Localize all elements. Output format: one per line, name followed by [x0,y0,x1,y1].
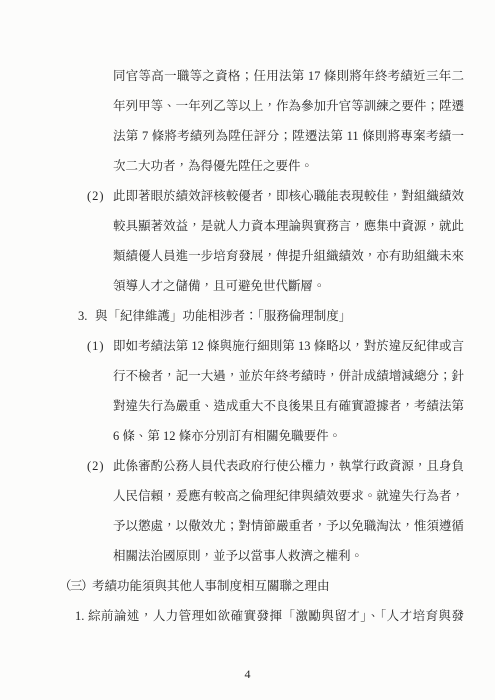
list-marker: （三） [59,571,92,601]
list-item: (2)此即著眼於績效評核較優者，即核心職能表現較佳，對組織績效較具顯著效益，是就… [87,181,495,301]
paragraph-text: 此即著眼於績效評核較優者，即核心職能表現較佳，對組織績效較具顯著效益，是就人力資… [113,181,464,301]
paragraph-text: 即如考績法第 12 條與施行細則第 13 條略以，對於違反紀律或言行不檢者，記一… [113,331,464,451]
list-marker: 1. [75,601,88,631]
paragraph-text: 與「紀律維護」功能相涉者：「服務倫理制度」 [95,301,463,331]
paragraph-text: 綜前論述，人力管理如欲確實發揮「激勵與留才」、「人才培育與發 [88,601,464,631]
list-marker: (2) [87,181,113,211]
list-item: （三）考績功能須與其他人事制度相互關聯之理由 [59,571,495,601]
list-marker: 3. [78,301,95,331]
document-content: 同官等高一職等之資格；任用法第 17 條則將年終考績近三年二年列甲等、一年列乙等… [0,61,495,631]
document-page: 同官等高一職等之資格；任用法第 17 條則將年終考績近三年二年列甲等、一年列乙等… [0,0,495,700]
paragraph-text: 此係審酌公務人員代表政府行使公權力，執掌行政資源，且身負人民信賴，爰應有較高之倫… [113,451,464,571]
list-item: 3.與「紀律維護」功能相涉者：「服務倫理制度」 [78,301,495,331]
list-item: (2)此係審酌公務人員代表政府行使公權力，執掌行政資源，且身負人民信賴，爰應有較… [87,451,495,571]
list-marker: (2) [87,451,113,481]
page-number: 4 [0,659,495,689]
list-marker: (1) [87,331,113,361]
list-item: (1)即如考績法第 12 條與施行細則第 13 條略以，對於違反紀律或言行不檢者… [87,331,495,451]
paragraph-text: 考績功能須與其他人事制度相互關聯之理由 [92,571,463,601]
list-item: 1.綜前論述，人力管理如欲確實發揮「激勵與留才」、「人才培育與發 [75,601,495,631]
paragraph-text: 同官等高一職等之資格；任用法第 17 條則將年終考績近三年二年列甲等、一年列乙等… [113,61,464,181]
paragraph: 同官等高一職等之資格；任用法第 17 條則將年終考績近三年二年列甲等、一年列乙等… [113,61,495,181]
